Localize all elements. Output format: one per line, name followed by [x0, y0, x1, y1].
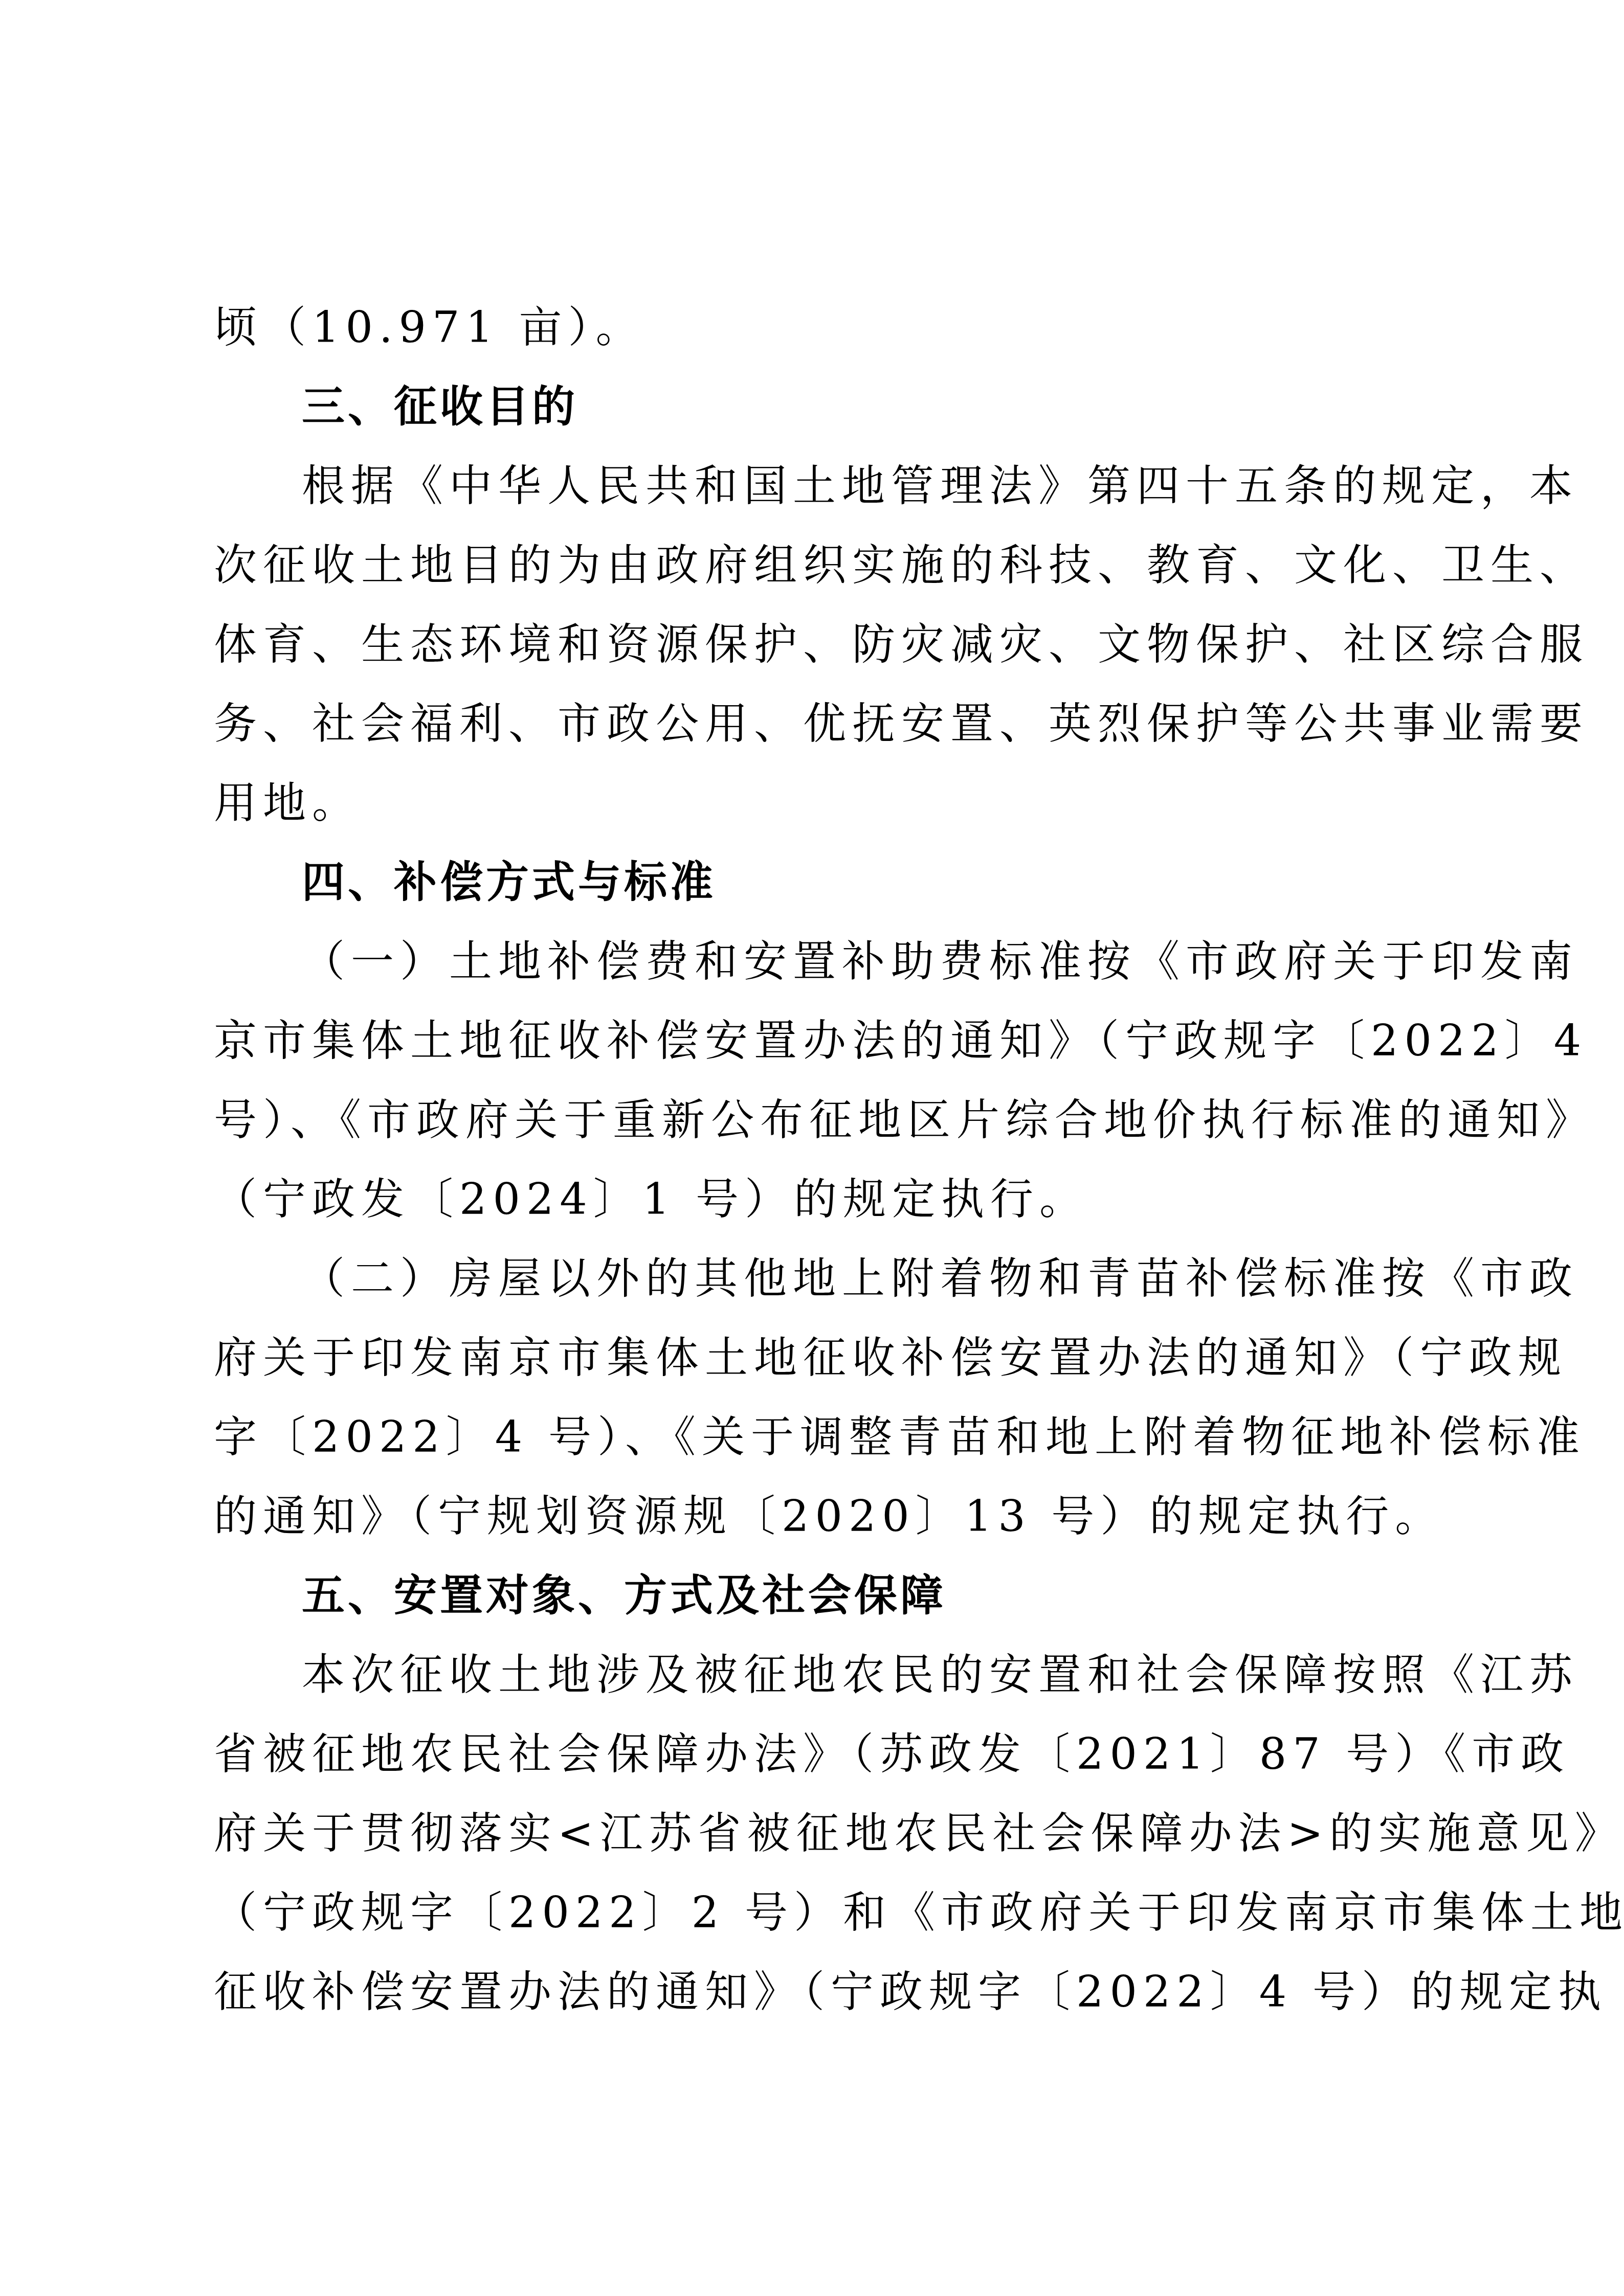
paragraph-line: 根据《中华人民共和国土地管理法》第四十五条的规定，本	[302, 460, 1499, 511]
paragraph-line: （宁政发〔2024〕1 号）的规定执行。	[214, 1174, 1411, 1225]
paragraph-line: 京市集体土地征收补偿安置办法的通知》（宁政规字〔2022〕4	[214, 1015, 1411, 1066]
paragraph-line: 府关于印发南京市集体土地征收补偿安置办法的通知》（宁政规	[214, 1332, 1411, 1383]
paragraph-line: 号）、《市政府关于重新公布征地区片综合地价执行标准的通知》	[214, 1094, 1411, 1145]
paragraph-line: 务、社会福利、市政公用、优抚安置、英烈保护等公共事业需要	[214, 698, 1411, 749]
text-line-continuation: 顷（10.971 亩）。	[214, 302, 1411, 353]
paragraph-line: 次征收土地目的为由政府组织实施的科技、教育、文化、卫生、	[214, 539, 1411, 591]
paragraph-line: 体育、生态环境和资源保护、防灾减灾、文物保护、社区综合服	[214, 619, 1411, 670]
paragraph-line: 用地。	[214, 777, 1411, 828]
section-heading-compensation: 四、补偿方式与标准	[302, 857, 1499, 908]
section-heading-purpose: 三、征收目的	[302, 381, 1499, 432]
paragraph-line: （一）土地补偿费和安置补助费标准按《市政府关于印发南	[302, 936, 1499, 987]
paragraph-line: 的通知》（宁规划资源规〔2020〕13 号）的规定执行。	[214, 1491, 1411, 1542]
document-page: 顷（10.971 亩）。 三、征收目的 根据《中华人民共和国土地管理法》第四十五…	[0, 0, 1624, 2296]
paragraph-line: 府关于贯彻落实<江苏省被征地农民社会保障办法>的实施意见》	[214, 1808, 1411, 1859]
paragraph-line: （宁政规字〔2022〕2 号）和《市政府关于印发南京市集体土地	[214, 1887, 1411, 1938]
paragraph-line: （二）房屋以外的其他地上附着物和青苗补偿标准按《市政	[302, 1253, 1499, 1304]
paragraph-line: 本次征收土地涉及被征地农民的安置和社会保障按照《江苏	[302, 1649, 1499, 1700]
paragraph-line: 字〔2022〕4 号）、《关于调整青苗和地上附着物征地补偿标准	[214, 1411, 1411, 1462]
paragraph-line: 省被征地农民社会保障办法》（苏政发〔2021〕87 号）《市政	[214, 1728, 1411, 1780]
section-heading-resettlement: 五、安置对象、方式及社会保障	[302, 1570, 1499, 1621]
paragraph-line: 征收补偿安置办法的通知》（宁政规字〔2022〕4 号）的规定执	[214, 1966, 1411, 2017]
